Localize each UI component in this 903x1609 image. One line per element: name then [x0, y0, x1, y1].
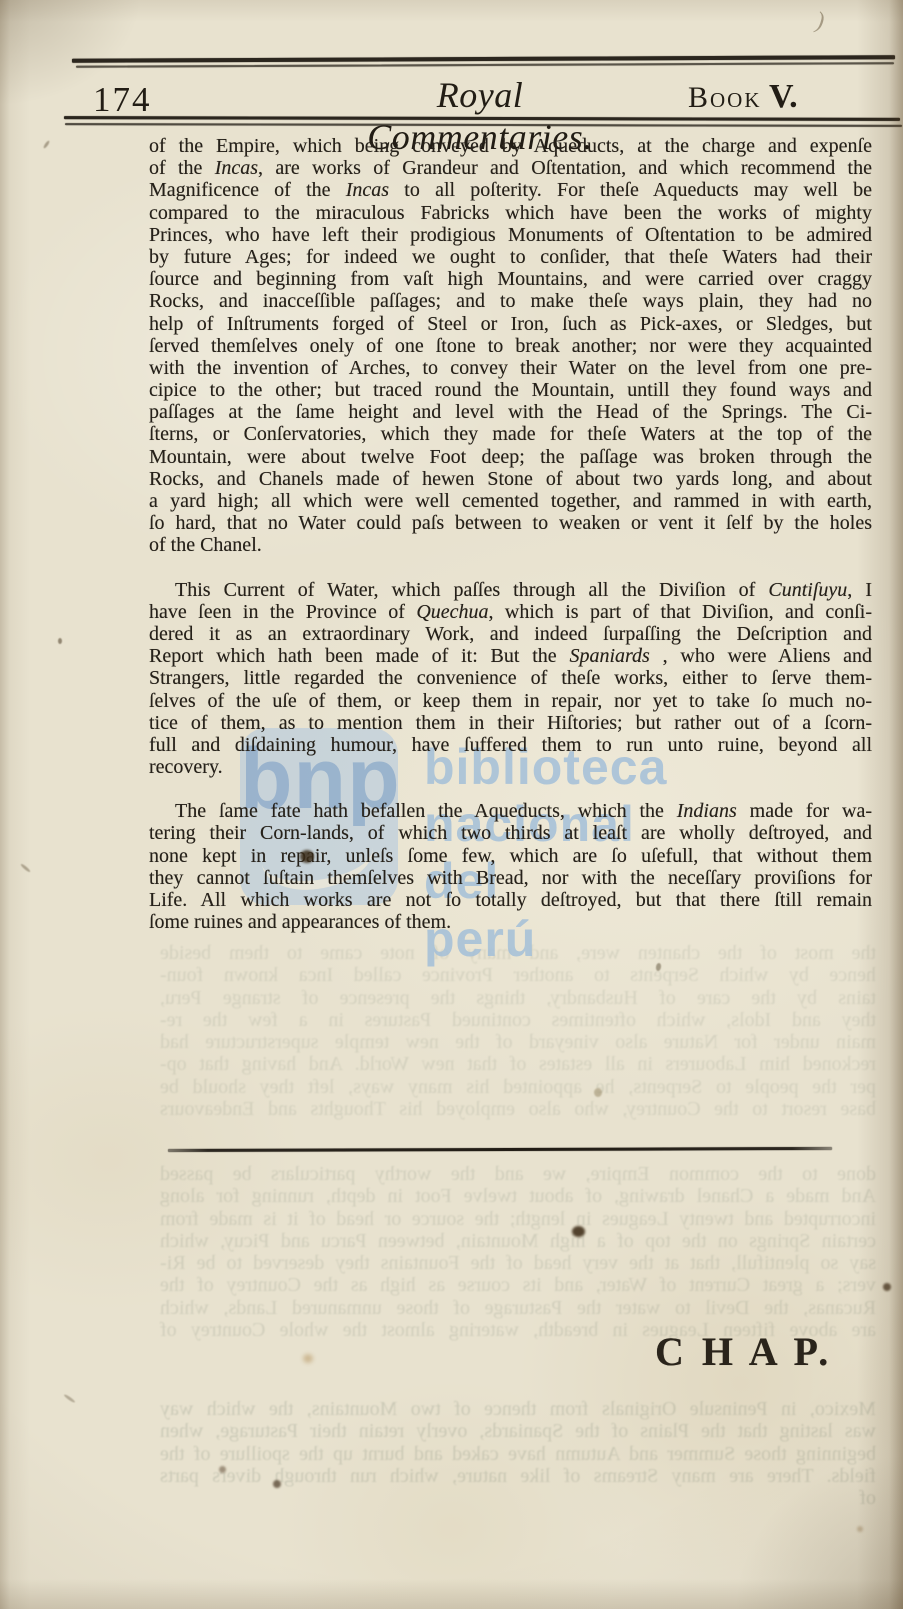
paragraph: of the Empire, which being conveyed by A… [149, 135, 872, 557]
text-line: ſterns, or Conſervatories, which they ma… [149, 423, 872, 445]
bleedthrough-text: the most of the chanten were, and many o… [160, 942, 876, 1120]
bleedthrough-line: hence by which Serpents to another Provi… [160, 964, 876, 986]
foxing-spot [58, 638, 62, 644]
bleedthrough-line: Mexico, in Peninsule Originals from then… [160, 1398, 876, 1420]
section-divider-rule [168, 1147, 832, 1152]
foxing-spot [20, 863, 31, 873]
bleedthrough-text: Mexico, in Peninsule Originals from then… [160, 1398, 876, 1509]
bleedthrough-line: incorrupted and twenty Leagues in length… [160, 1208, 876, 1230]
text-line: Strangers, little regarded the convenien… [149, 667, 872, 689]
text-line: of the Incas, are works of Grandeur and … [149, 157, 872, 179]
bleedthrough-line: And made a Chanel drawing, of about twel… [160, 1185, 876, 1207]
text-line: Rocks, and inacceſſible paſſages; and to… [149, 290, 872, 312]
bleedthrough-line: was lasting that the Plains of the Spani… [160, 1420, 876, 1442]
corner-pen-mark: ) [814, 8, 826, 36]
text-line: The ſame fate hath befallen the Aqueduct… [149, 800, 872, 822]
text-line: paſſages at the ſame height and level wi… [149, 401, 872, 423]
bleedthrough-line: beginning those Summer and Autumn have c… [160, 1443, 876, 1465]
foxing-spot [655, 963, 661, 972]
bleedthrough-line: the most of the chanten were, and many o… [160, 942, 876, 964]
bleedthrough-line: fields. There are many Streams of like n… [160, 1465, 876, 1487]
bleedthrough-line: say so plentifull, that at the very head… [160, 1252, 876, 1274]
bleedthrough-line: tains by the care of Husbandry, things t… [160, 987, 876, 1009]
foxing-spot [63, 1394, 75, 1404]
text-line: tering their Corn-lands, of which two th… [149, 822, 872, 844]
foxing-spot [300, 850, 314, 863]
foxing-spot [43, 140, 51, 149]
foxing-spot [219, 1466, 226, 1473]
book-word: Book [688, 81, 762, 114]
foxing-spot [303, 1354, 313, 1363]
bleedthrough-line: reckoned him Labourers in all estates of… [160, 1053, 876, 1075]
text-line: tice of them, as to mention them in thei… [149, 712, 872, 734]
text-line: dered it as an extraordinary Work, and i… [149, 623, 872, 645]
text-line: compared to the miraculous Fabricks whic… [149, 202, 872, 224]
foxing-spot [572, 1226, 585, 1237]
bleedthrough-line: main under for Nature also vineyard of t… [160, 1031, 876, 1053]
text-line: recovery. [149, 756, 872, 778]
text-line: by future Ages; for indeed we ought to c… [149, 246, 872, 268]
bleedthrough-line: of [160, 1487, 876, 1509]
bleedthrough-line: base resort to the Countrey, who also em… [160, 1098, 876, 1120]
bleedthrough-line: Rucanas, the Devil to water the Pasturag… [160, 1297, 876, 1319]
foxing-spot [857, 1526, 863, 1532]
paragraph: This Current of Water, which paſſes thro… [149, 579, 872, 779]
text-line: ſerved themſelves onely of one ſtone to … [149, 335, 872, 357]
text-line: they cannot ſuſtain themſelves with Brea… [149, 867, 872, 889]
text-line: ſource and beginning from vaſt high Moun… [149, 268, 872, 290]
text-line: of the Chanel. [149, 534, 872, 556]
text-line: have ſeen in the Province of Quechua, wh… [149, 601, 872, 623]
paragraph: The ſame fate hath befallen the Aqueduct… [149, 800, 872, 933]
book-numeral: V. [769, 78, 798, 115]
bleedthrough-line: per the people to Serpents, he appointed… [160, 1076, 876, 1098]
foxing-spot [273, 1480, 281, 1488]
page-number: 174 [93, 80, 152, 120]
text-line: help of Inſtruments forged of Steel or I… [149, 313, 872, 335]
text-line: full and diſdaining humour, have ſuffere… [149, 734, 872, 756]
text-line: Life. All which works are not ſo totally… [149, 889, 872, 911]
foxing-spot [594, 1088, 602, 1097]
scanned-book-page: bnp biblioteca nacional del perú the mos… [0, 0, 903, 1609]
text-line: cipice to the other; but traced round th… [149, 379, 872, 401]
text-line: This Current of Water, which paſſes thro… [149, 579, 872, 601]
top-rule-thin [76, 62, 894, 67]
foxing-spot [866, 436, 870, 441]
text-line: a yard high; all which were well cemente… [149, 490, 872, 512]
chapter-catchword: C H A P. [655, 1328, 832, 1375]
bleedthrough-line: they and Idols, which oftentimes continu… [160, 1009, 876, 1031]
text-line: with the invention of Arches, to convey … [149, 357, 872, 379]
text-line: ſo hard, that no Water could paſs betwee… [149, 512, 872, 534]
book-label: Book V. [688, 78, 798, 116]
text-line: ſome ruines and appearances of them. [149, 911, 872, 933]
text-line: of the Empire, which being conveyed by A… [149, 135, 872, 157]
text-line: Report which hath been made of it: But t… [149, 645, 872, 667]
bleedthrough-line: done to the common Empire, we and the wo… [160, 1163, 876, 1185]
text-line: Mountain, were about twelve Foot deep; t… [149, 446, 872, 468]
text-line: Magnificence of the Incas to all poſteri… [149, 179, 872, 201]
text-line: ſelves of the uſe of them, or keep them … [149, 690, 872, 712]
bleedthrough-line: vers; a great Current of Water, and its … [160, 1274, 876, 1296]
body-text: of the Empire, which being conveyed by A… [149, 135, 872, 933]
bleedthrough-line: certain Springs on the top of a high Mou… [160, 1230, 876, 1252]
text-line: none kept in repair, unleſs ſome few, wh… [149, 845, 872, 867]
text-line: Rocks, and Chanels made of hewen Stone o… [149, 468, 872, 490]
foxing-spot [883, 1283, 891, 1291]
bleedthrough-text: done to the common Empire, we and the wo… [160, 1163, 876, 1341]
top-rule-thick [72, 55, 895, 62]
text-line: Princes, who have left their prodigious … [149, 224, 872, 246]
